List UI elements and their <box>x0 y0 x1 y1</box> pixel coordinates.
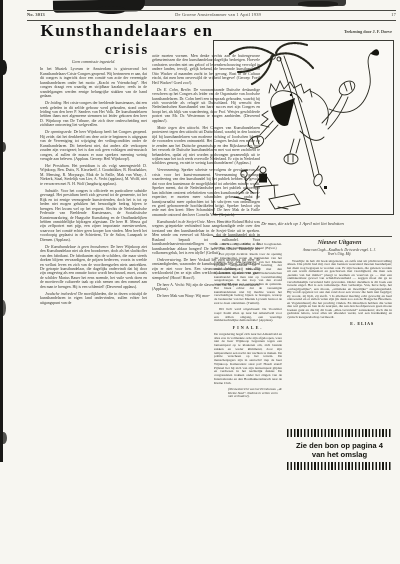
article-paragraph: Motie tegen den uittocht. Het Congres va… <box>152 126 260 166</box>
article-paragraph: De openingsrede. De heer Wijnkoop heeft … <box>40 130 147 161</box>
paragraph-lead: De Kunsthandelaar is geen boosdoener. <box>45 245 109 249</box>
decorative-striped-bar-bottom <box>287 462 392 470</box>
review-text: Waarlijk: ik heb dit boek uitgelezen, en… <box>287 260 392 320</box>
article-paragraph: De leiding. Het crisis-congres der beeld… <box>40 101 147 128</box>
scan-edge-blob-2 <box>1 142 6 152</box>
article-paragraph: De vergadering begaf zich naar het Amste… <box>214 333 282 386</box>
newspaper-page: No. 3013 De Groene Amsterdammer van 1 Ap… <box>0 0 400 564</box>
article-paragraph: Het Presidium. Het presidium is als volg… <box>40 164 147 186</box>
article-paragraph: Dr. E. Cohn, Berlin. De vooraanstaande D… <box>152 88 260 124</box>
paragraph-text: (Nieuwsbericht van het Persbureau „de Kl… <box>228 387 282 399</box>
paragraph-text: ten onze waardigheid met de daad hooghou… <box>214 242 282 250</box>
nieuwe-uitgaven-section: Nieuwe Uitgaven Anna van Gogh—Kaulbach. … <box>287 241 392 326</box>
section-heading: Nieuwe Uitgaven <box>287 241 392 245</box>
paragraph-lead: Het Presidium. <box>45 164 70 168</box>
paragraph-text: Het crisis-congres der beeldende kunsten… <box>40 101 147 127</box>
paragraph-text: Spreker schetste vervolgens de gevolgen … <box>152 168 260 217</box>
issue-number: No. 3013 <box>27 12 45 17</box>
decorative-striped-bar-top <box>287 429 392 437</box>
article-paragraph: Joodsche invloeden! De moeilijkheden, di… <box>40 292 147 305</box>
headline-line1: Kunsthandelaars en <box>34 22 220 40</box>
paragraph-lead: Vereenzaming. <box>157 168 180 172</box>
article-paragraph: De Kunsthandelaar is geen boosdoener. De… <box>40 245 147 290</box>
page-number: 17 <box>391 12 396 17</box>
paragraph-lead: Subsidie. <box>45 189 59 193</box>
book-reference: Anna van Gogh—Kaulbach. De tweede engel.… <box>301 248 378 256</box>
article-paragraph: Geen commissie ingesteld. <box>40 60 147 64</box>
scan-edge-blob-1 <box>0 60 7 75</box>
cartoon-credit: Teekening door J. F. Doeve <box>250 29 392 34</box>
paragraph-text: actie moeten vormen. Men denke slechts a… <box>152 54 260 85</box>
scan-edge-blob-4 <box>0 432 7 444</box>
scan-edge-blob-3 <box>0 300 6 316</box>
paragraph-text: Voor het congres is officieele en partic… <box>40 189 147 242</box>
paragraph-text: Het Congres van Kunsthandelaren proteste… <box>152 126 260 166</box>
coupon-notice: Zie den bon op pagina 4 van het omslag <box>287 429 392 470</box>
paragraph-text: De heer Mak van Waay: Wij moe- <box>157 294 210 298</box>
article-paragraph: Subsidie. Voor het congres is officieele… <box>40 189 147 242</box>
article-column-1: Geen commissie ingesteld. In het Muziek … <box>40 60 147 308</box>
paragraph-text: Geen commissie ingesteld. <box>72 59 116 64</box>
article-paragraph: Het licht werd uitgedraaid. De Voorzitte… <box>214 308 282 323</box>
paragraph-text: De heer Wijnkoop heeft het Congres geope… <box>40 130 147 161</box>
article-column-3: ten onze waardigheid met de daad hooghou… <box>214 243 282 402</box>
paragraph-lead: De leiding. <box>45 101 62 105</box>
article-paragraph: Een pijnlijk incident. Reeds voor de ope… <box>214 253 282 306</box>
paragraph-text: Reeds voor de opening der bijeenkomst wa… <box>214 252 282 305</box>
reviewer-signature: E. ELIAS <box>287 322 392 326</box>
header-rule-top <box>27 10 396 11</box>
paragraph-lead: Joodsche invloeden! <box>45 292 77 296</box>
paragraph-text: In het Muziek Lyceum te Amsterdam is gis… <box>40 67 147 98</box>
paragraph-text: De vooraanstaande Duitsche deskundige ve… <box>152 88 260 123</box>
paragraph-text: De heer Wijnkoop ziet den Kunsthandelaar… <box>40 245 147 289</box>
paragraph-lead: Ordeverstoring. <box>157 258 182 262</box>
paragraph-lead: Motie tegen den uittocht. <box>157 126 200 130</box>
paragraph-lead: De openingsrede. <box>45 130 73 134</box>
paragraph-lead: Dr. E. Cohn, Berlin. <box>157 88 191 92</box>
artist-monogram <box>324 186 327 189</box>
article-paragraph: FINALE. <box>214 326 282 330</box>
article-headline: Kunsthandelaars en crisis <box>34 22 220 58</box>
coupon-line1: Zie den bon op pagina 4 <box>287 441 392 450</box>
masthead: De Groene Amsterdammer van 1 April 1939 <box>175 12 261 17</box>
article-paragraph: Vereenzaming. Spreker schetste vervolgen… <box>152 168 260 217</box>
scan-artifact-top-right-blob <box>298 1 338 7</box>
paragraph-lead: Kunsthandel in de Sovjet-Unie. <box>157 220 206 224</box>
article-paragraph: actie moeten vormen. Men denke slechts a… <box>152 54 260 85</box>
article-paragraph: (Nieuwsbericht van het Persbureau „de Kl… <box>214 388 282 399</box>
coupon-text: Zie den bon op pagina 4 van het omslag <box>287 441 392 459</box>
article-paragraph: In het Muziek Lyceum te Amsterdam is gis… <box>40 67 147 98</box>
page-header: No. 3013 De Groene Amsterdammer van 1 Ap… <box>27 12 396 17</box>
coupon-line2: van het omslag <box>287 450 392 459</box>
paragraph-text: FINALE. <box>233 325 264 330</box>
paragraph-text: De vergadering begaf zich naar het Amste… <box>214 332 282 385</box>
article-paragraph: ten onze waardigheid met de daad hooghou… <box>214 243 282 251</box>
